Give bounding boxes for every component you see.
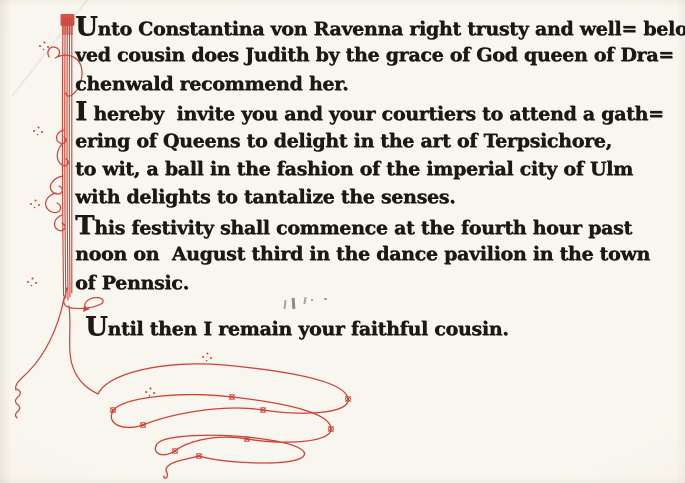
- manuscript-line-6: to wit, a ball in the fashion of the imp…: [75, 155, 679, 183]
- manuscript-page: Unto Constantina von Ravenna right trust…: [0, 0, 685, 483]
- manuscript-line-5: ering of Queens to delight in the art of…: [75, 127, 679, 155]
- manuscript-line-3: chenwald recommend her.: [75, 70, 679, 98]
- manuscript-line-7: with delights to tantalize the senses.: [75, 183, 679, 211]
- manuscript-line-1: Unto Constantina von Ravenna right trust…: [75, 13, 679, 41]
- knotwork-flourish: [98, 364, 350, 478]
- manuscript-line-4: I hereby invite you and your courtiers t…: [75, 98, 679, 126]
- manuscript-line-9: noon on August third in the dance pavili…: [75, 240, 679, 268]
- left-sweep-flourish: [16, 298, 65, 418]
- manuscript-line-10: of Pennsic.: [75, 269, 679, 297]
- manuscript-line-8: This festivity shall commence at the fou…: [75, 212, 679, 240]
- ink-smudge: [278, 297, 336, 312]
- letter-body: Unto Constantina von Ravenna right trust…: [75, 13, 679, 341]
- manuscript-line-2: ved cousin does Judith by the grace of G…: [75, 41, 679, 69]
- closing-line: Until then I remain your faithful cousin…: [85, 313, 679, 341]
